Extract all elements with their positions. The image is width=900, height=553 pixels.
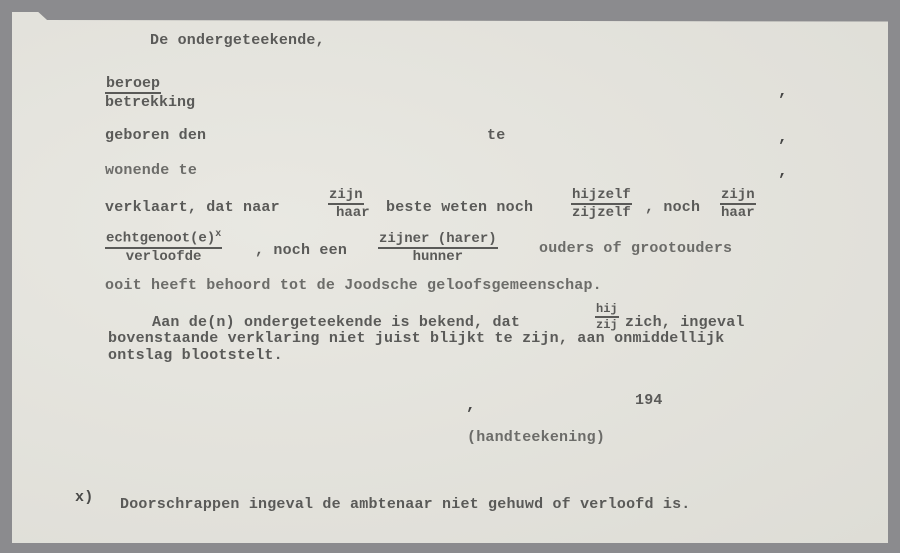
declares-text: verklaart, dat naar [105, 200, 280, 215]
his-her-fraction: zijn haar [322, 188, 370, 220]
year-prefix: 194 [635, 393, 663, 408]
para2-line3: ontslag blootstelt. [108, 348, 283, 363]
frac-top: hij [595, 303, 619, 318]
born-at-label: te [487, 128, 505, 143]
para2-line2: bovenstaande verklaring niet juist blijk… [108, 331, 725, 346]
undersigned-heading: De ondergeteekende, [150, 33, 325, 48]
ever-belonged-text: ooit heeft behoord tot de Joodsche geloo… [105, 278, 602, 293]
para2-line1-end: zich, ingeval [625, 315, 745, 330]
footnote-mark: x) [75, 490, 93, 505]
occupation-comma: , [778, 82, 788, 100]
best-knowledge-text: beste weten noch [386, 200, 533, 215]
his-her-fraction-2: zijn haar [720, 188, 756, 220]
occupation-bottom: betrekking [105, 94, 195, 110]
born-comma: , [778, 128, 788, 146]
nor-one-of-text: , noch een [255, 243, 347, 258]
frac-bottom: haar [721, 205, 755, 220]
para2-line1: Aan de(n) ondergeteekende is bekend, dat [152, 315, 520, 330]
frac-top: zijner (harer) [378, 232, 498, 249]
born-on-label: geboren den [105, 128, 206, 143]
occupation-field-label: beroep betrekking [105, 76, 195, 110]
spouse-fraction: echtgenoot(e)x verloofde [105, 230, 222, 264]
frac-bottom: zijzelf [572, 205, 631, 220]
footnote-superscript: x [215, 229, 221, 240]
his-their-fraction: zijner (harer) hunner [378, 232, 498, 264]
frac-top: echtgenoot(e) [106, 231, 215, 247]
frac-top: zijn [328, 188, 364, 205]
living-at-label: wonende te [105, 163, 197, 178]
living-comma: , [778, 162, 788, 180]
footnote-text: Doorschrappen ingeval de ambtenaar niet … [120, 497, 691, 512]
frac-bottom: haar [322, 205, 370, 220]
frac-top: hijzelf [571, 188, 632, 205]
himself-fraction: hijzelf zijzelf [571, 188, 632, 220]
frac-bottom: hunner [413, 249, 463, 264]
he-she-fraction: hij zij [595, 303, 619, 331]
nor-text: , noch [645, 200, 700, 215]
signature-label: (handteekening) [467, 430, 605, 445]
parents-text: ouders of grootouders [539, 241, 732, 256]
occupation-top: beroep [105, 76, 161, 94]
frac-bottom: verloofde [126, 249, 202, 264]
frac-top: zijn [720, 188, 756, 205]
date-comma: , [466, 396, 476, 414]
